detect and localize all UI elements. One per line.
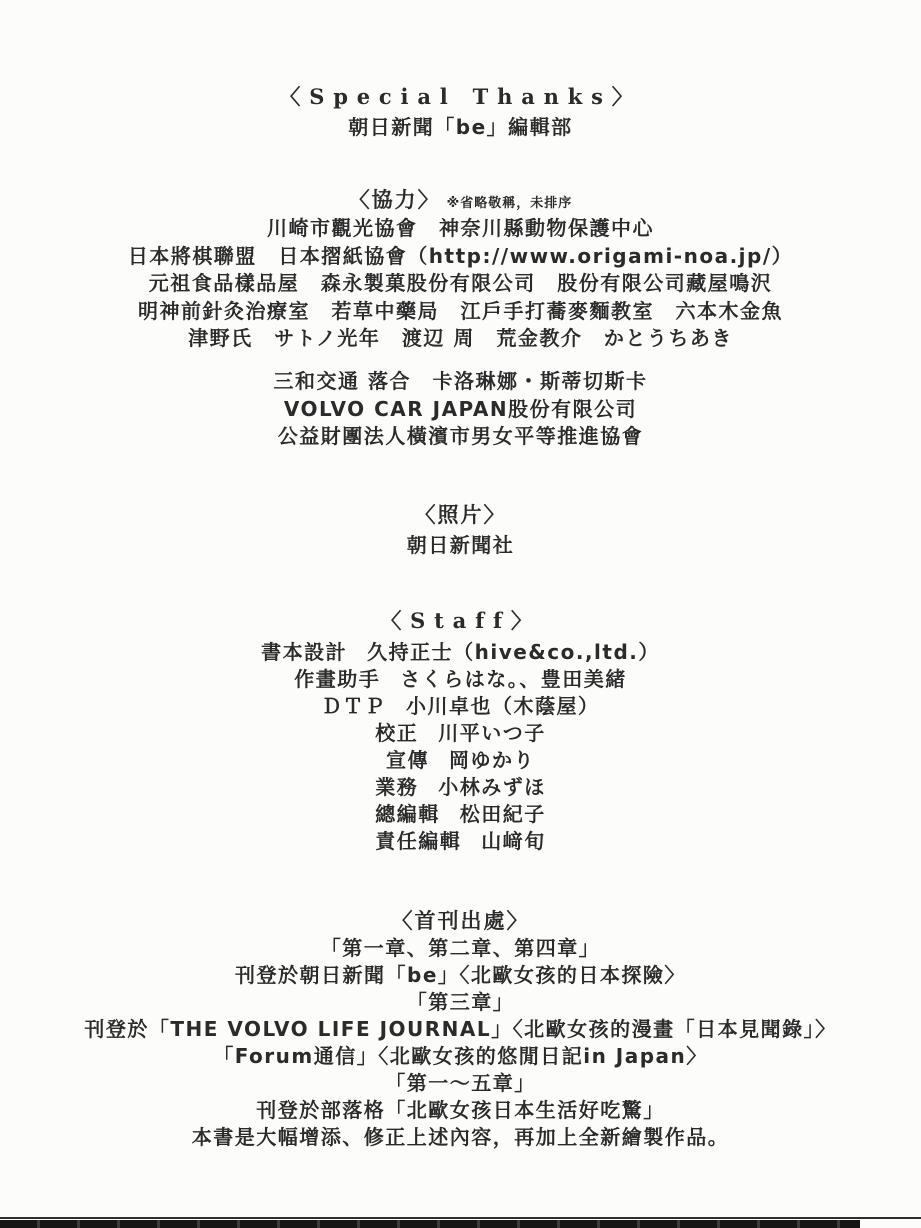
staff-header: 〈Staff〉 [0,608,921,634]
first-publication-header: 〈首刊出處〉 [0,908,921,934]
staff-role: 作畫助手 [294,666,380,693]
staff-role: 業務 [375,774,418,801]
special-thanks-heading: 〈Special Thanks〉 [0,84,921,110]
staff-entry: 宣傳 岡ゆかり [0,747,921,774]
cooperation-list-2: 三和交通 落合 卡洛琳娜・斯蒂切斯卡 VOLVO CAR JAPAN股份有限公司… [0,368,921,451]
first-publication-heading: 〈首刊出處〉 [0,908,921,934]
cooperation-line: 川崎市觀光協會 神奈川縣動物保護中心 [0,215,921,243]
staff-role: 責任編輯 [375,828,461,855]
staff-entry: ＤＴＰ 小川卓也（木蔭屋） [0,693,921,720]
first-publication-line: 刊登於部落格「北歐女孩日本生活好吃驚」 [0,1097,921,1124]
first-publication-line: 「第三章」 [0,989,921,1016]
staff-role: ＤＴＰ [322,693,387,720]
first-publication-line: 「第一～五章」 [0,1070,921,1097]
staff-name: 松田紀子 [460,801,546,828]
staff-role: 總編輯 [375,801,440,828]
credits-page: 〈Special Thanks〉 朝日新聞「be」編輯部 〈協力〉 ※省略敬稱，… [0,0,921,1228]
first-publication-line: 「第一章、第二章、第四章」 [0,935,921,962]
first-publication-list: 「第一章、第二章、第四章」 刊登於朝日新聞「be」〈北歐女孩的日本探險〉 「第三… [0,935,921,1151]
staff-name: 久持正士（hive&co.,ltd.） [367,639,660,666]
first-publication-line: 本書是大幅增添、修正上述內容，再加上全新繪製作品。 [0,1124,921,1151]
staff-list: 書本設計 久持正士（hive&co.,ltd.） 作畫助手 さくらはな。、豊田美… [0,639,921,855]
staff-role: 校正 [375,720,418,747]
cooperation-note: ※省略敬稱，未排序 [447,192,573,211]
photos-credit: 朝日新聞社 [0,532,921,558]
staff-name: さくらはな。、豊田美緒 [400,666,627,693]
cooperation-line: 元祖食品樣品屋 森永製菓股份有限公司 股份有限公司藏屋鳴沢 [0,270,921,298]
staff-entry: 業務 小林みずほ [0,774,921,801]
cooperation-line: 公益財團法人橫濱市男女平等推進協會 [0,423,921,451]
staff-entry: 責任編輯 山﨑旬 [0,828,921,855]
first-publication-line: 「Forum通信」〈北歐女孩的悠閒日記in Japan〉 [0,1043,921,1070]
staff-name: 川平いつ子 [438,720,546,747]
first-publication-line: 刊登於朝日新聞「be」〈北歐女孩的日本探險〉 [0,962,921,989]
staff-name: 岡ゆかり [449,747,535,774]
staff-heading: 〈Staff〉 [0,608,921,634]
staff-entry: 書本設計 久持正士（hive&co.,ltd.） [0,639,921,666]
cooperation-line: 津野氏 サトノ光年 渡辺 周 荒金教介 かとうちあき [0,325,921,353]
special-thanks-section: 〈Special Thanks〉 朝日新聞「be」編輯部 [0,84,921,140]
cooperation-header: 〈協力〉 ※省略敬稱，未排序 [0,187,921,213]
page-bottom-edge [0,1217,921,1228]
special-thanks-credit: 朝日新聞「be」編輯部 [0,114,921,140]
cooperation-list-1: 川崎市觀光協會 神奈川縣動物保護中心 日本將棋聯盟 日本摺紙協會（http://… [0,215,921,353]
cooperation-heading: 〈協力〉 [349,187,441,213]
staff-entry: 校正 川平いつ子 [0,720,921,747]
staff-name: 小川卓也（木蔭屋） [406,693,600,720]
staff-entry: 總編輯 松田紀子 [0,801,921,828]
staff-name: 小林みずほ [438,774,546,801]
photos-section: 〈照片〉 朝日新聞社 [0,502,921,558]
staff-name: 山﨑旬 [481,828,546,855]
cooperation-line: 明神前針灸治療室 若草中藥局 江戶手打蕎麥麵教室 六本木金魚 [0,298,921,326]
photos-heading: 〈照片〉 [0,502,921,528]
staff-entry: 作畫助手 さくらはな。、豊田美緒 [0,666,921,693]
staff-role: 書本設計 [261,639,347,666]
cooperation-line: VOLVO CAR JAPAN股份有限公司 [0,396,921,424]
cooperation-line: 日本將棋聯盟 日本摺紙協會（http://www.origami-noa.jp/… [0,243,921,271]
cooperation-line: 三和交通 落合 卡洛琳娜・斯蒂切斯卡 [0,368,921,396]
staff-role: 宣傳 [386,747,429,774]
first-publication-line: 刊登於「THE VOLVO LIFE JOURNAL」〈北歐女孩的漫畫「日本見聞… [0,1016,921,1043]
page-bottom-edge-line [0,1217,921,1219]
page-bottom-edge-band [0,1220,860,1228]
